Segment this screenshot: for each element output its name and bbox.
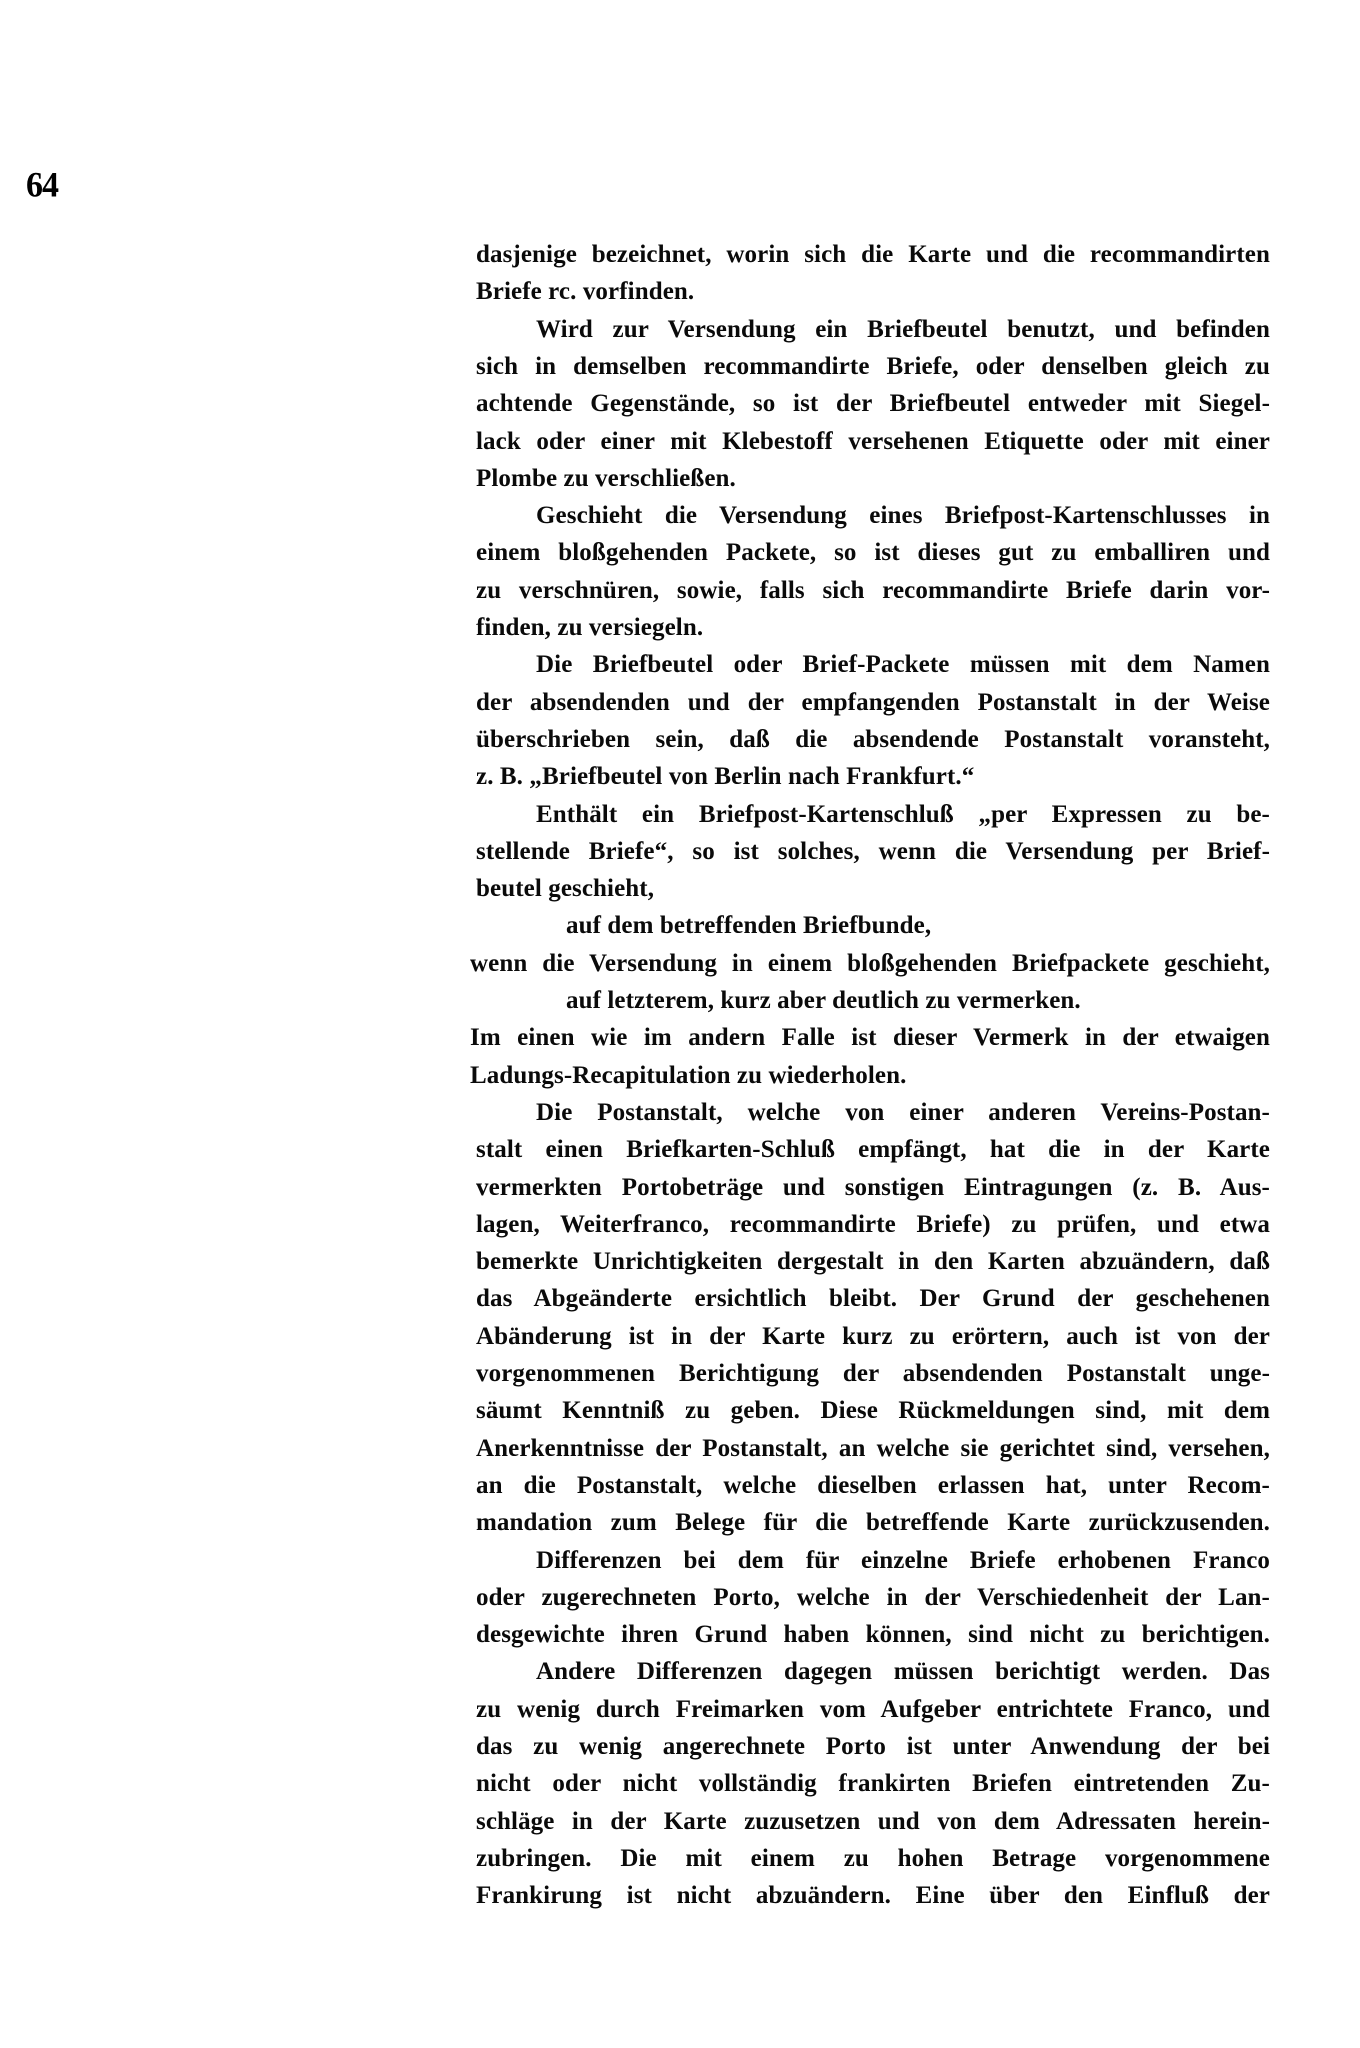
text-line: z. B. „Briefbeutel von Berlin nach Frank… [476,758,1270,795]
text-line: schläge in der Karte zuzusetzen und von … [476,1803,1270,1840]
text-line: achtende Gegenstände, so ist der Briefbe… [476,385,1270,422]
text-line: Ladungs-Recapitulation zu wiederholen. [470,1057,1270,1094]
text-line: Wird zur Versendung ein Briefbeutel benu… [476,311,1270,348]
text-line: bemerkte Unrichtigkeiten dergestalt in d… [476,1243,1270,1280]
text-line: dasjenige bezeichnet, worin sich die Kar… [476,236,1270,273]
text-line: zubringen. Die mit einem zu hohen Betrag… [476,1840,1270,1877]
text-line: auf dem betreffenden Briefbunde, [476,907,1270,944]
text-line: lagen, Weiterfranco, recommandirte Brief… [476,1206,1270,1243]
text-line: lack oder einer mit Klebestoff versehene… [476,423,1270,460]
text-line: Anerkenntnisse der Postanstalt, an welch… [476,1430,1270,1467]
text-line: Abänderung ist in der Karte kurz zu erör… [476,1318,1270,1355]
text-line: oder zugerechneten Porto, welche in der … [476,1579,1270,1616]
text-line: Plombe zu verschließen. [476,460,1270,497]
text-line: Differenzen bei dem für einzelne Briefe … [476,1542,1270,1579]
text-line: Geschieht die Versendung eines Briefpost… [476,497,1270,534]
text-line: an die Postanstalt, welche dieselben erl… [476,1467,1270,1504]
text-line: Frankirung ist nicht abzuändern. Eine üb… [476,1877,1270,1914]
text-line: wenn die Versendung in einem bloßgehende… [470,945,1270,982]
text-line: desgewichte ihren Grund haben können, si… [476,1616,1270,1653]
text-line: vorgenommenen Berichtigung der absendend… [476,1355,1270,1392]
text-line: Briefe rc. vorfinden. [476,273,1270,310]
text-line: das zu wenig angerechnete Porto ist unte… [476,1728,1270,1765]
text-line: das Abgeänderte ersichtlich bleibt. Der … [476,1280,1270,1317]
text-line: Die Briefbeutel oder Brief-Packete müsse… [476,646,1270,683]
scanned-page: 64 dasjenige bezeichnet, worin sich die … [0,0,1360,2048]
text-line: zu verschnüren, sowie, falls sich recomm… [476,572,1270,609]
text-line: stellende Briefe“, so ist solches, wenn … [476,833,1270,870]
text-line: nicht oder nicht vollständig frankirten … [476,1765,1270,1802]
text-line: Die Postanstalt, welche von einer andere… [476,1094,1270,1131]
text-line: Enthält ein Briefpost-Kartenschluß „per … [476,796,1270,833]
text-line: beutel geschieht, [476,870,1270,907]
text-line: sich in demselben recommandirte Briefe, … [476,348,1270,385]
text-line: zu wenig durch Freimarken vom Aufgeber e… [476,1691,1270,1728]
text-line: Im einen wie im andern Falle ist dieser … [470,1019,1270,1056]
text-line: mandation zum Belege für die betreffende… [476,1504,1270,1541]
text-line: auf letzterem, kurz aber deutlich zu ver… [476,982,1270,1019]
text-line: einem bloßgehenden Packete, so ist diese… [476,534,1270,571]
text-line: finden, zu versiegeln. [476,609,1270,646]
text-line: überschrieben sein, daß die absendende P… [476,721,1270,758]
text-line: Andere Differenzen dagegen müssen berich… [476,1653,1270,1690]
text-line: stalt einen Briefkarten-Schluß empfängt,… [476,1131,1270,1168]
page-number: 64 [26,165,58,207]
text-line: der absendenden und der empfangenden Pos… [476,684,1270,721]
text-line: vermerkten Portobeträge und sonstigen Ei… [476,1169,1270,1206]
text-line: säumt Kenntniß zu geben. Diese Rückmeldu… [476,1392,1270,1429]
